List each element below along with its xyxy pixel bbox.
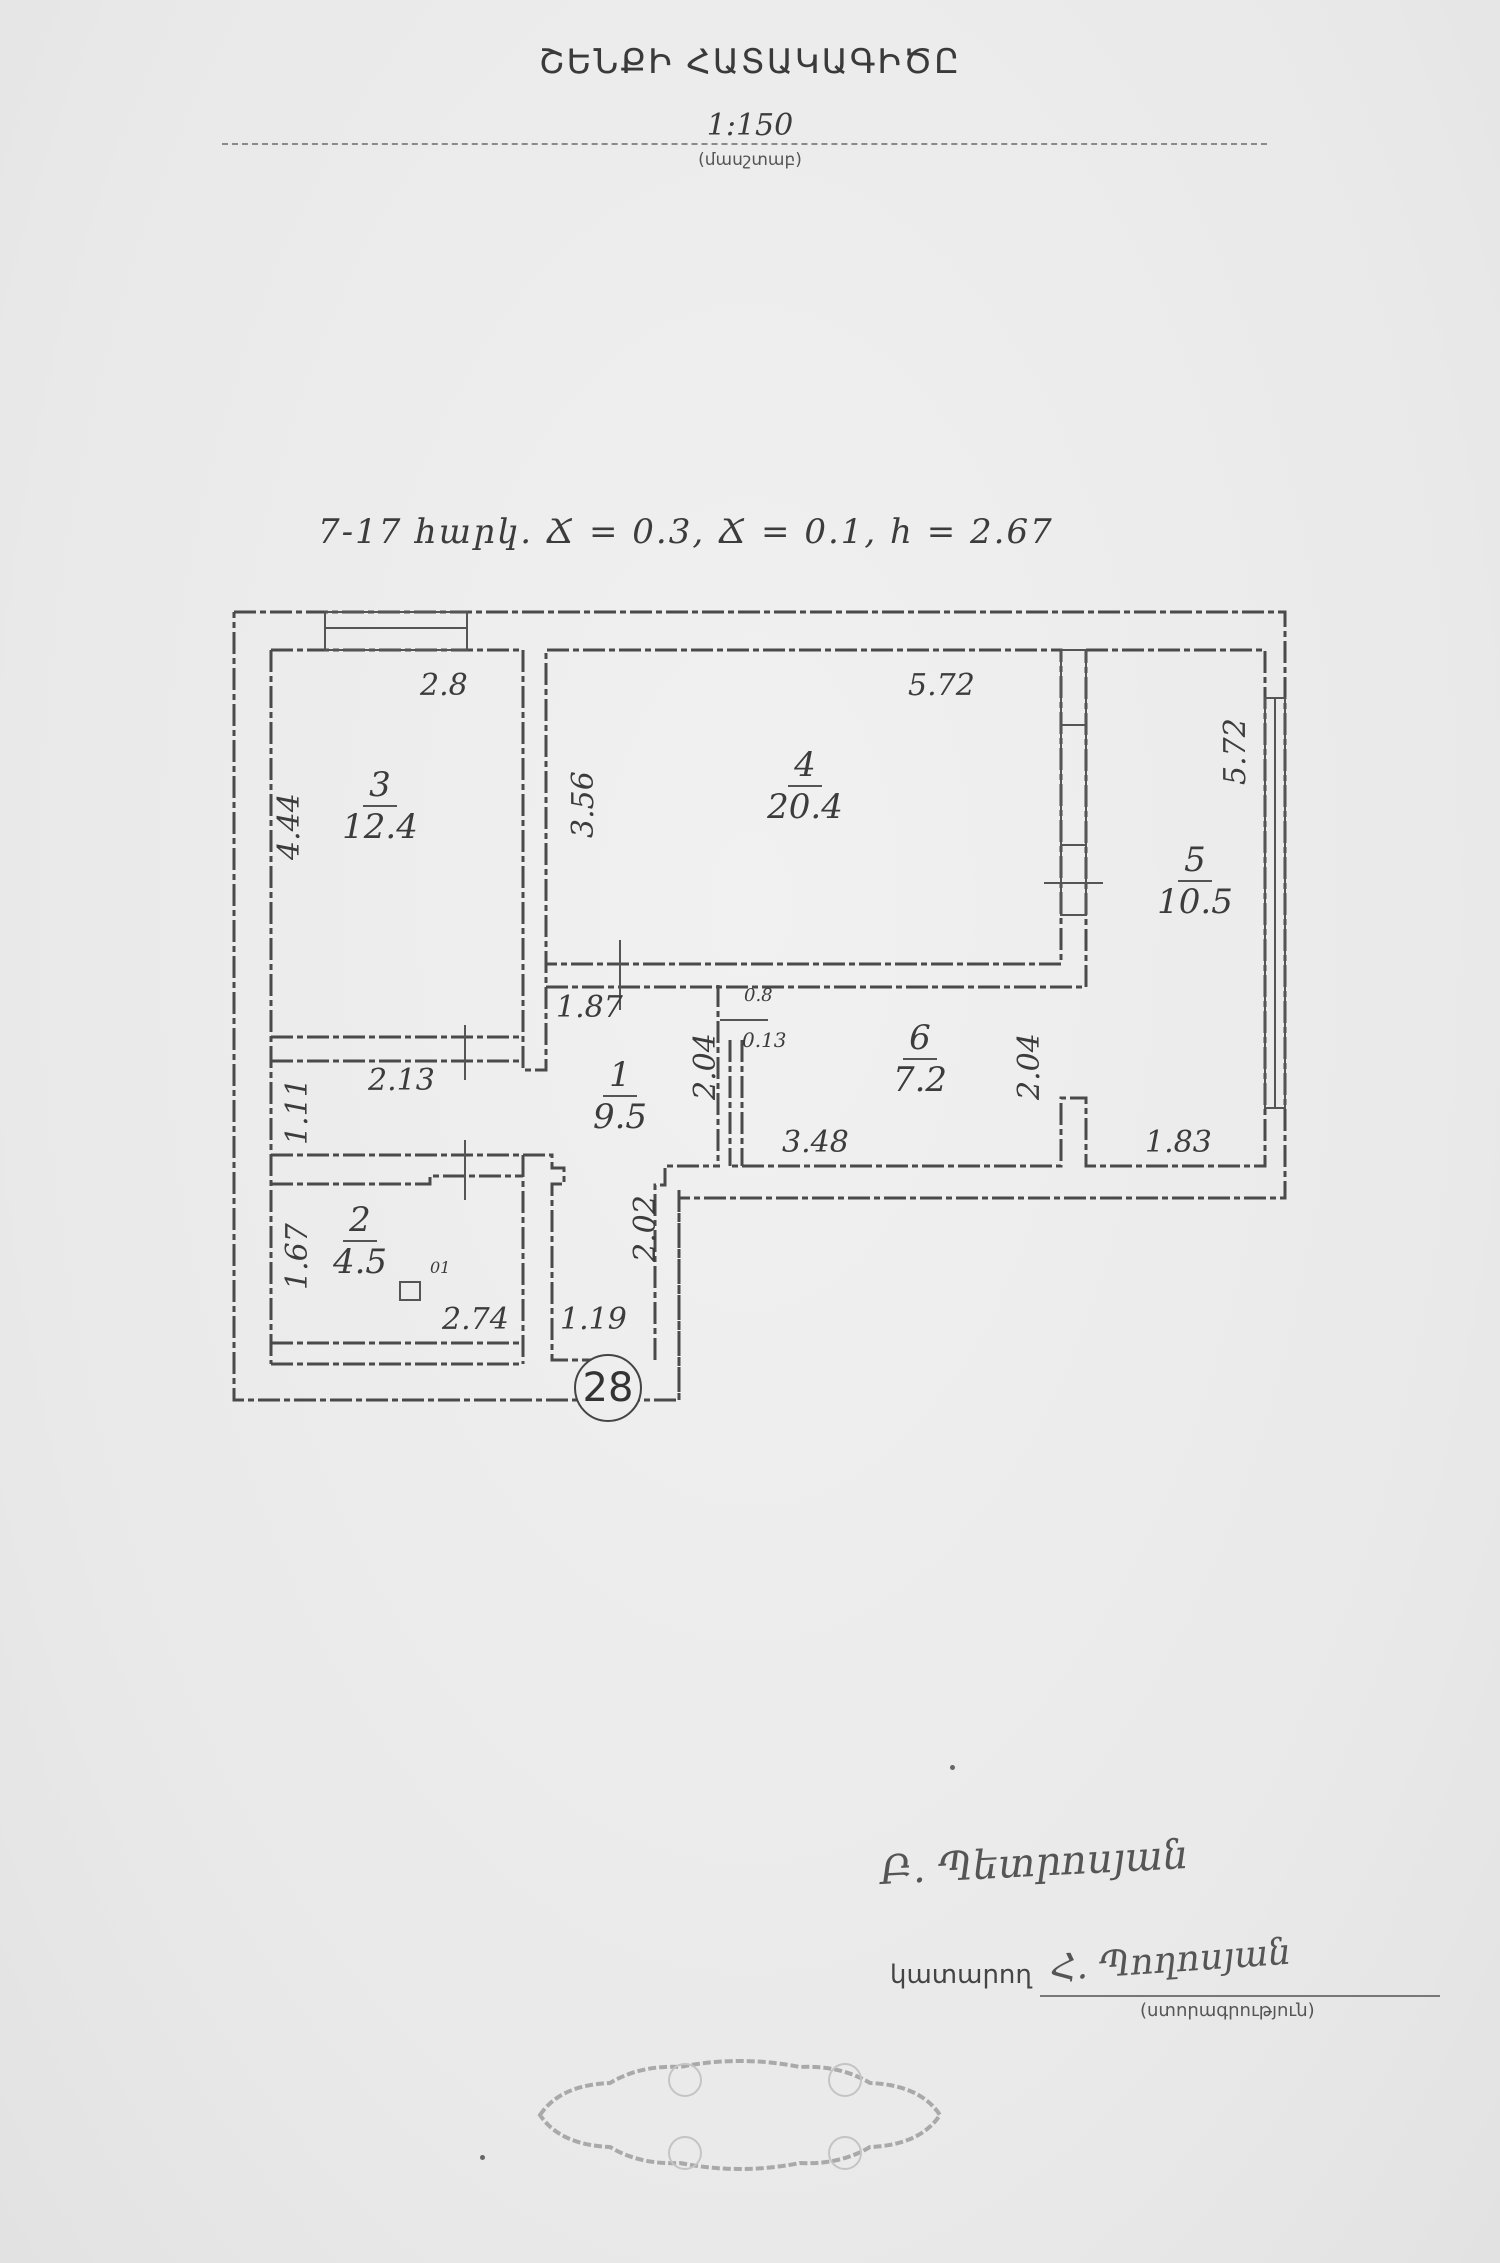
ink-dot	[950, 1765, 955, 1770]
dim-room3-height: 4.44	[272, 793, 307, 860]
ink-dot	[480, 2155, 485, 2160]
dim-room2-height: 1.67	[280, 1223, 315, 1290]
signature-underline	[1040, 1995, 1440, 1997]
dim-room5-bottom: 1.83	[1145, 1125, 1212, 1160]
ornamental-stamp-icon	[520, 2045, 960, 2185]
document-page: ՇԵՆՔԻ ՀԱՏԱԿԱԳԻԾԸ 1:150 (մասշտաբ) 7-17 հա…	[0, 0, 1500, 2263]
floor-plan-drawing	[0, 0, 1500, 2263]
dim-niche-width: 0.13	[742, 1028, 787, 1052]
dim-room2-width: 2.74	[442, 1302, 509, 1337]
room-4-label: 4 20.4	[755, 745, 855, 827]
dim-room1-door: 1.87	[556, 990, 623, 1025]
dim-room4-height: 3.56	[566, 771, 601, 838]
executor-label: կատարող	[890, 1960, 1032, 1990]
dim-room6-height-right: 2.04	[1012, 1033, 1047, 1100]
room-2-label: 2 4.5	[320, 1200, 400, 1282]
apartment-number-badge: 28	[574, 1354, 642, 1422]
dim-corridor-height: 1.11	[280, 1078, 315, 1145]
dim-room1-height: 2.02	[628, 1195, 663, 1262]
dim-room1-width: 1.19	[560, 1302, 627, 1337]
room-1-label: 1 9.5	[575, 1055, 665, 1137]
dim-room5-height: 5.72	[1218, 718, 1253, 785]
dim-room6-width: 3.48	[782, 1125, 849, 1160]
room-6-label: 6 7.2	[875, 1018, 965, 1100]
dim-room6-height-left: 2.04	[688, 1033, 723, 1100]
dim-niche-label: 0.8	[744, 985, 773, 1006]
dim-room3-width: 2.8	[420, 668, 468, 703]
signature-caption: (ստորագրություն)	[1140, 2000, 1315, 2021]
room-3-label: 3 12.4	[335, 765, 425, 847]
dim-corridor-width: 2.13	[368, 1063, 435, 1098]
room-5-label: 5 10.5	[1145, 840, 1245, 922]
fixture-label: 01	[430, 1258, 450, 1277]
dim-room4-width: 5.72	[908, 668, 975, 703]
